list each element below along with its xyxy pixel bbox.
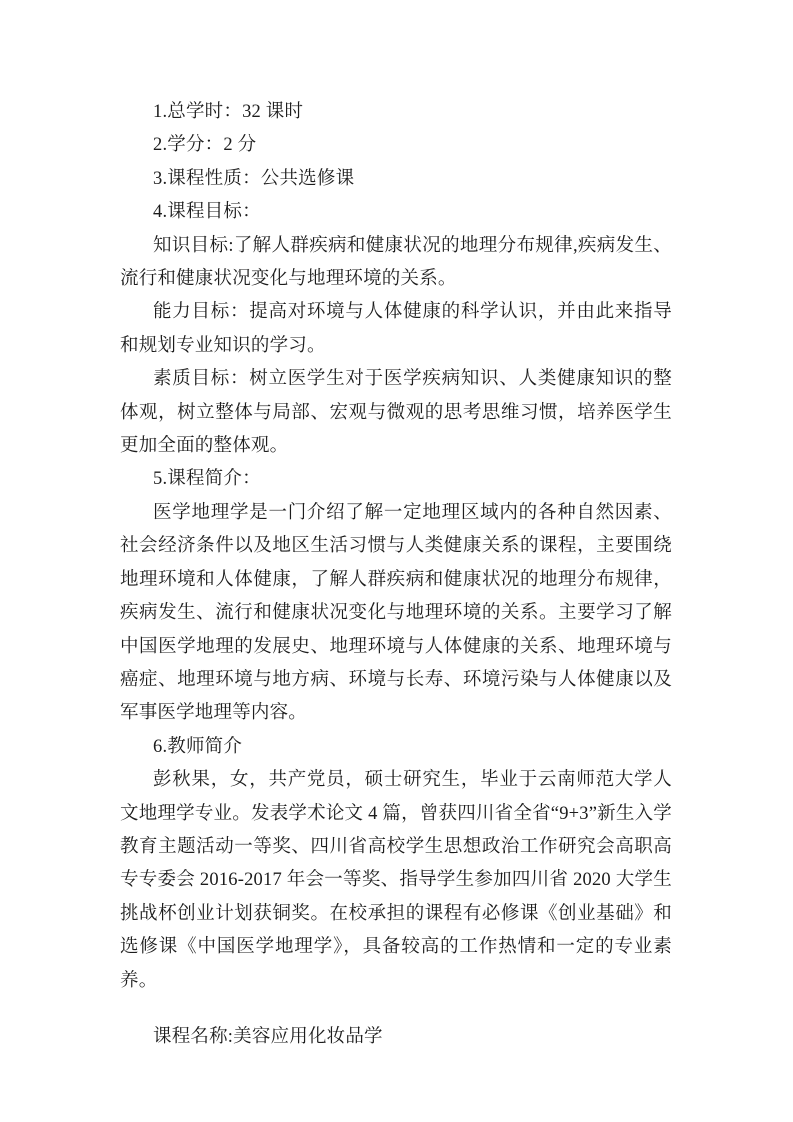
document-body: 1.总学时：32 课时 2.学分：2 分 3.课程性质：公共选修课 4.课程目标… [120,96,672,1054]
course-nature-line: 3.课程性质：公共选修课 [120,163,672,196]
teacher-bio-paragraph: 彭秋果，女，共产党员，硕士研究生，毕业于云南师范大学人文地理学专业。发表学术论文… [120,764,672,998]
course-intro-paragraph: 医学地理学是一门介绍了解一定地理区域内的各种自然因素、社会经济条件以及地区生活习… [120,497,672,731]
document-page: 1.总学时：32 课时 2.学分：2 分 3.课程性质：公共选修课 4.课程目标… [0,0,793,1122]
course-intro-heading: 5.课程简介： [120,463,672,496]
teacher-intro-heading: 6.教师简介 [120,731,672,764]
quality-objective-paragraph: 素质目标：树立医学生对于医学疾病知识、人类健康知识的整体观，树立整体与局部、宏观… [120,363,672,463]
total-hours-line: 1.总学时：32 课时 [120,96,672,129]
course-objectives-heading: 4.课程目标： [120,196,672,229]
credits-line: 2.学分：2 分 [120,129,672,162]
ability-objective-paragraph: 能力目标：提高对环境与人体健康的科学认识，并由此来指导和规划专业知识的学习。 [120,296,672,363]
knowledge-objective-paragraph: 知识目标:了解人群疾病和健康状况的地理分布规律,疾病发生、流行和健康状况变化与地… [120,230,672,297]
next-course-title-line: 课程名称:美容应用化妆品学 [120,1021,672,1054]
